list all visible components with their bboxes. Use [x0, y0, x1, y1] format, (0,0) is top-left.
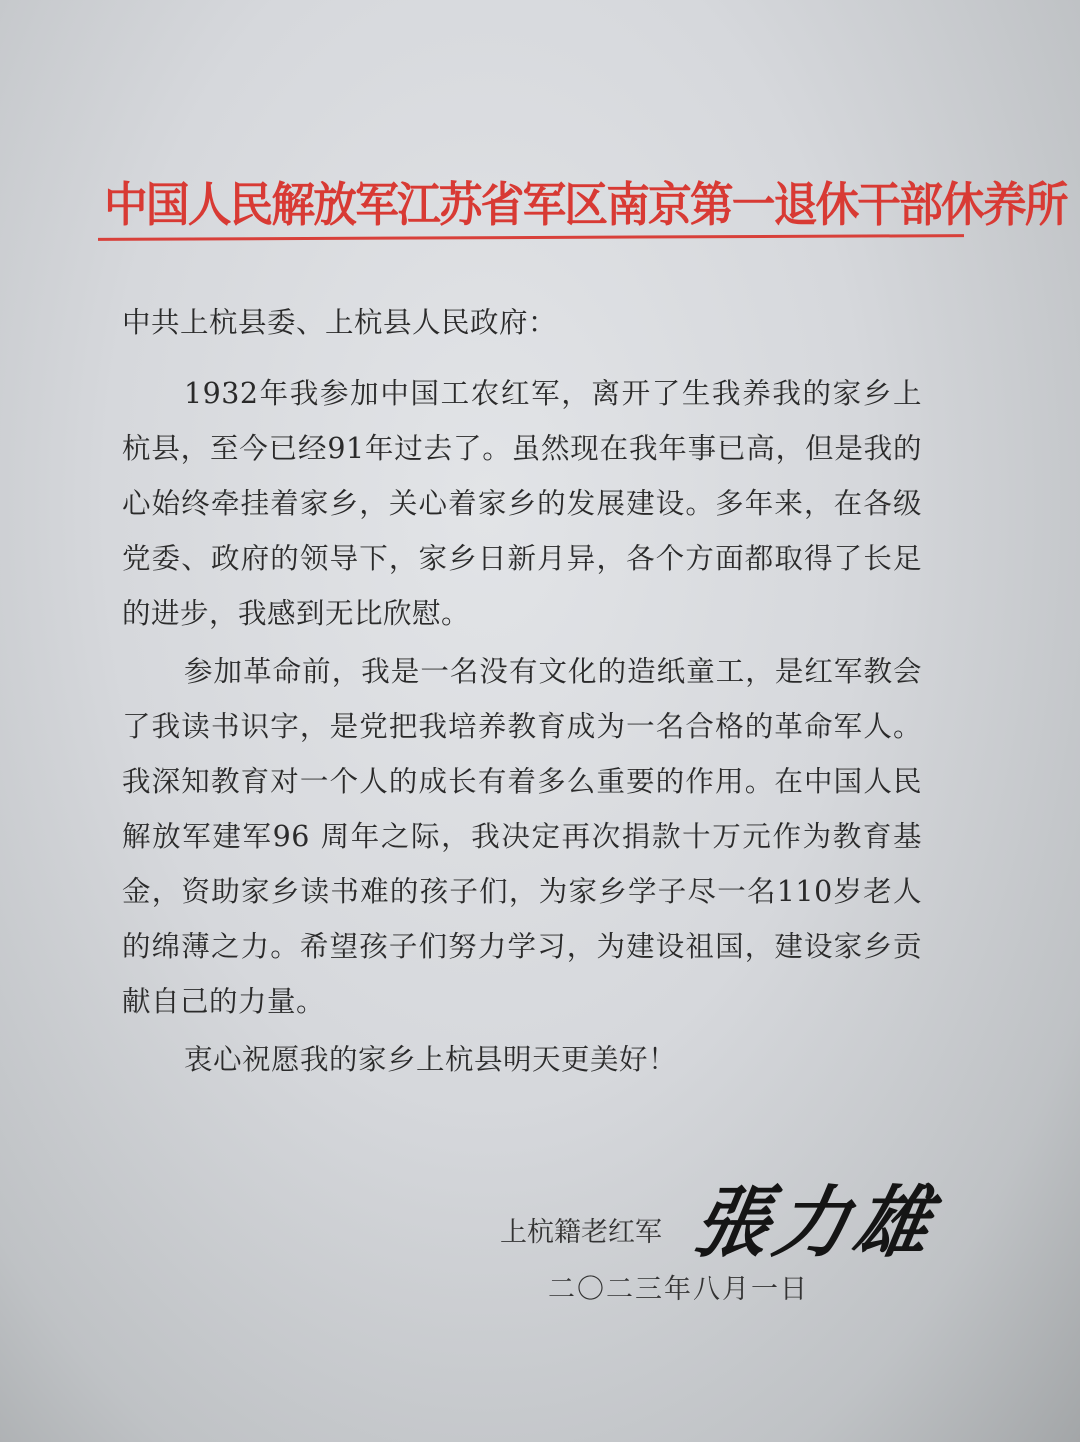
paragraph-1: 1932年我参加中国工农红军，离开了生我养我的家乡上杭县，至今已经91年过去了。… — [122, 366, 922, 641]
letter-body: 中共上杭县委、上杭县人民政府： 1932年我参加中国工农红军，离开了生我养我的家… — [122, 295, 922, 1087]
signer-title: 上杭籍老红军 — [500, 1210, 662, 1249]
salutation: 中共上杭县委、上杭县人民政府： — [122, 295, 922, 350]
paragraph-2: 参加革命前，我是一名没有文化的造纸童工，是红军教会了我读书识字，是党把我培养教育… — [122, 644, 922, 1029]
letterhead-title: 中国人民解放军江苏省军区南京第一退休干部休养所 — [104, 168, 904, 235]
paragraph-closing: 衷心祝愿我的家乡上杭县明天更美好！ — [122, 1032, 922, 1087]
letterhead-red-rule — [98, 234, 964, 241]
handwritten-signature: 張力雄 — [686, 1161, 946, 1272]
letter-date: 二〇二三年八月一日 — [548, 1267, 809, 1306]
